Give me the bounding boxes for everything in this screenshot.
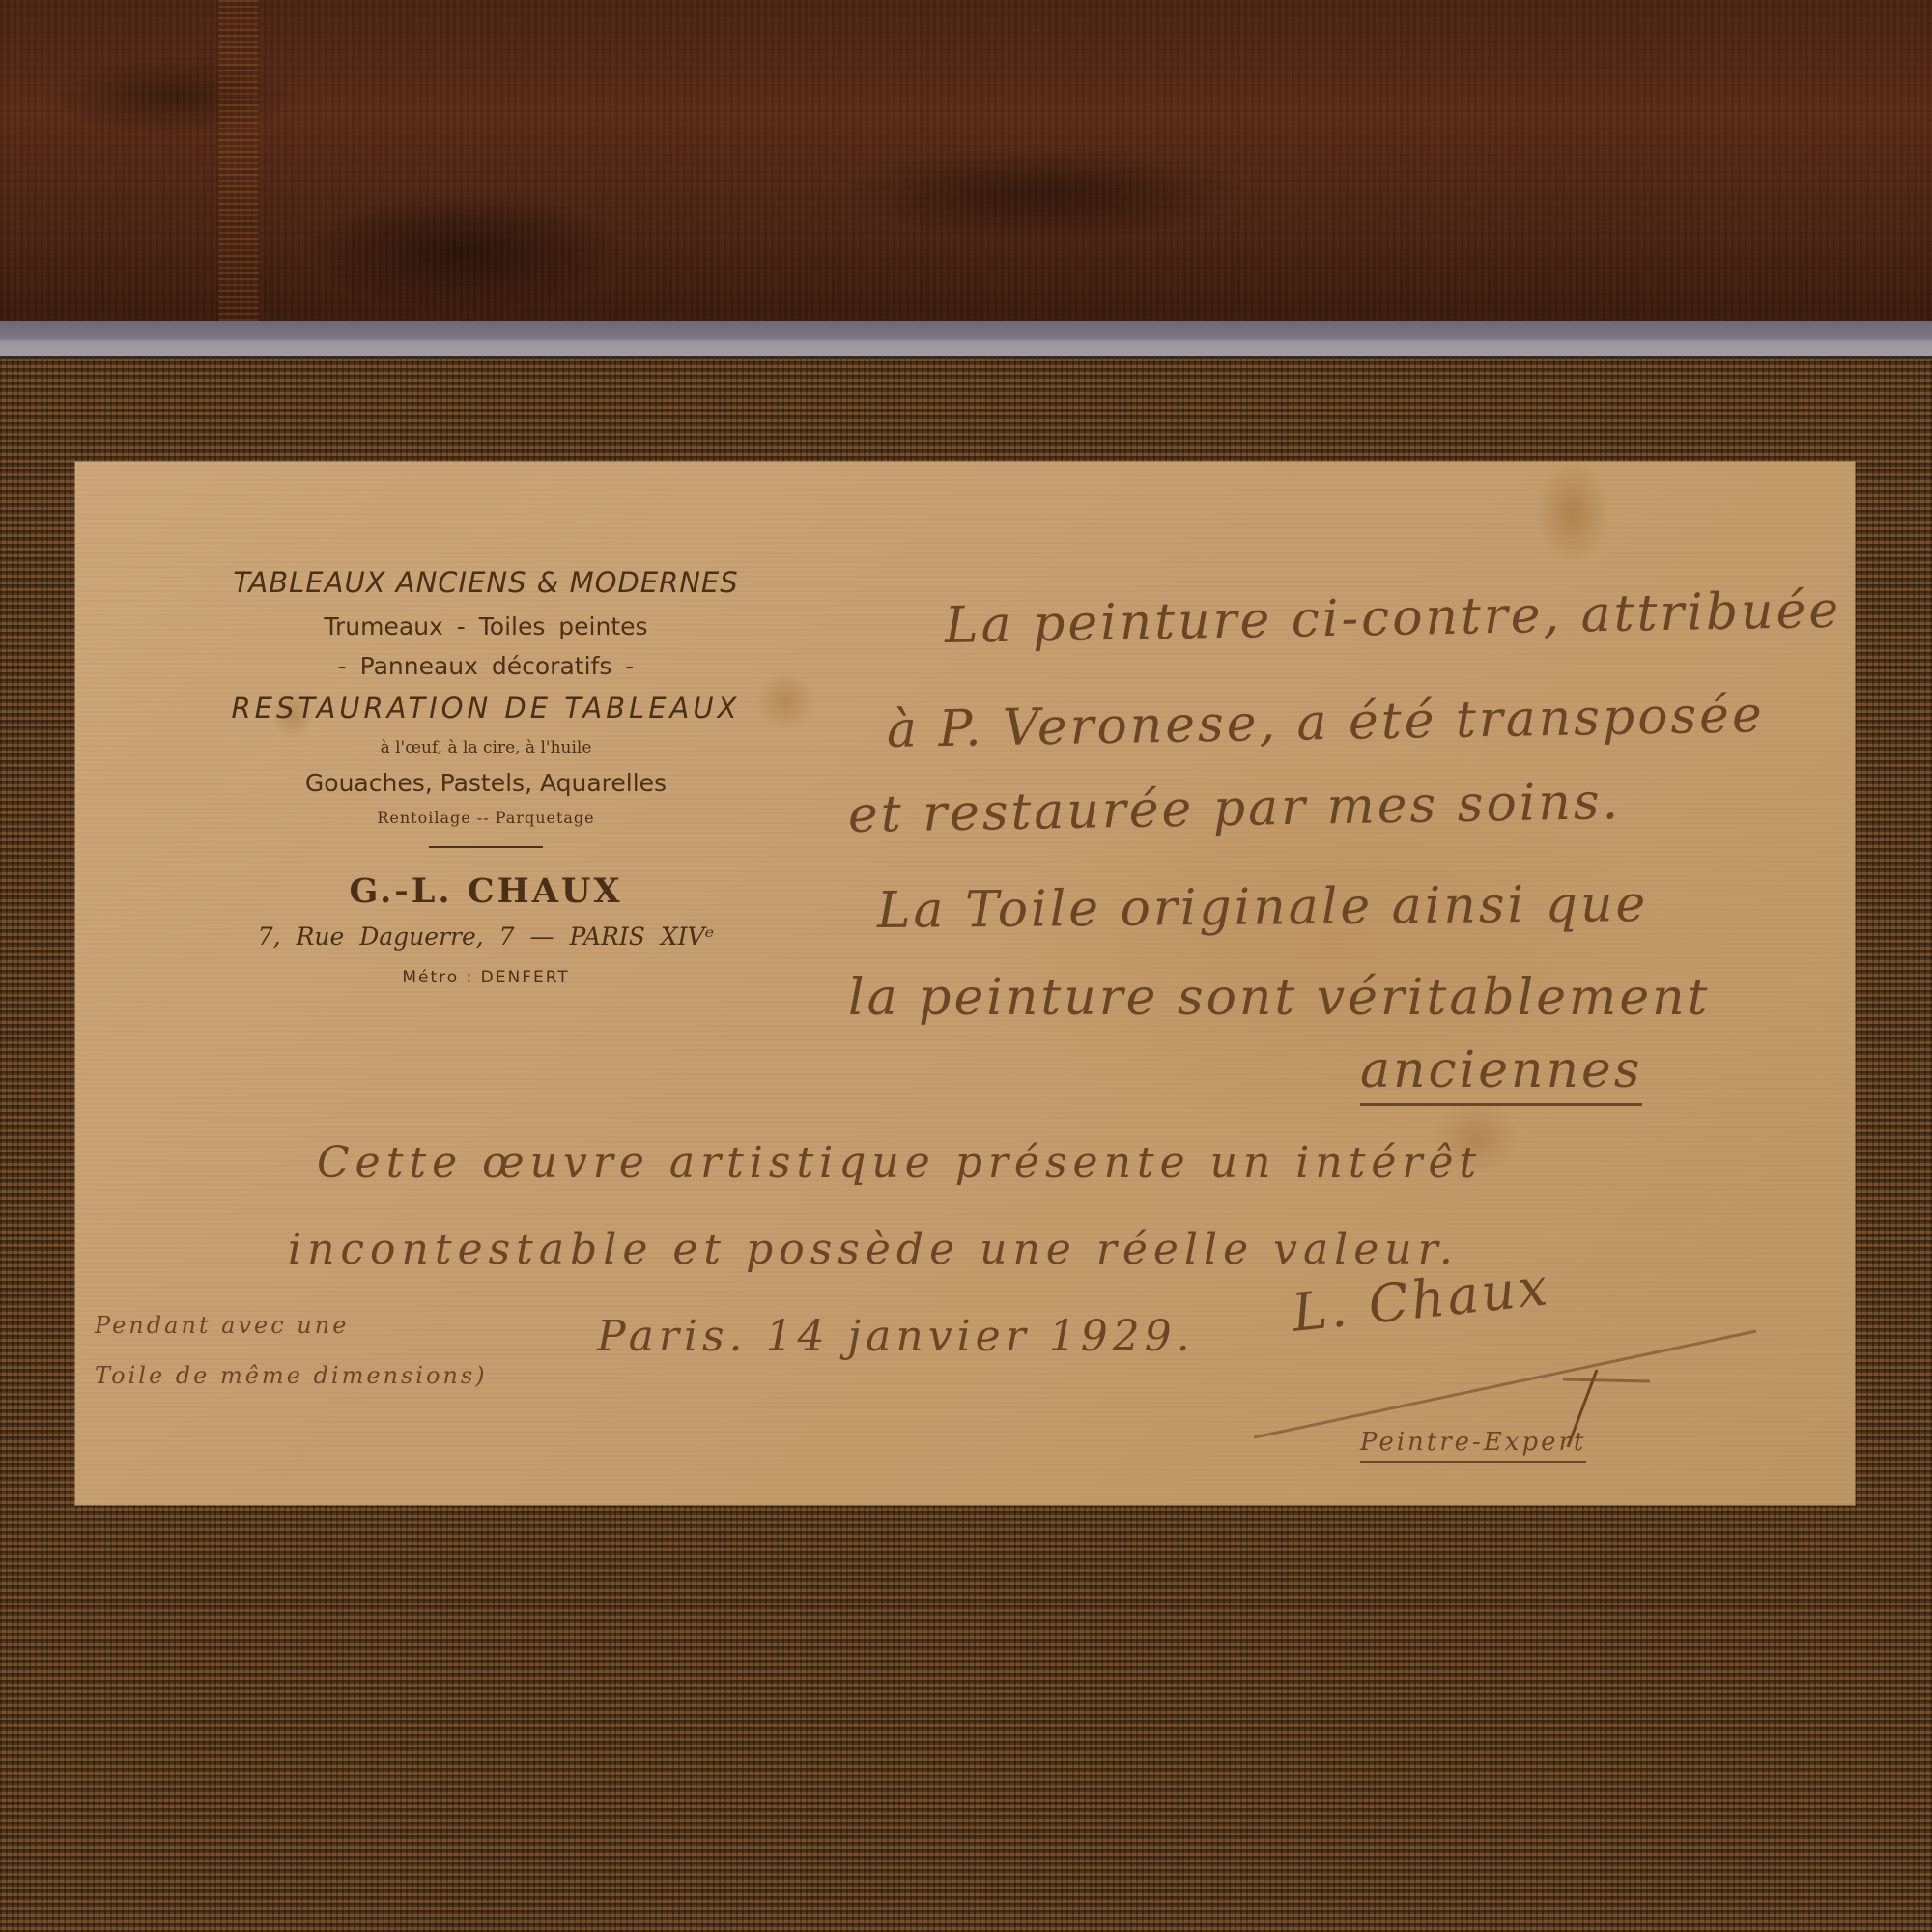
letterhead-divider [429,846,543,848]
handwritten-line-8: incontestable et possède une réelle vale… [288,1225,1459,1274]
handwritten-title: Peintre-Expert [1360,1428,1586,1463]
letterhead-name: G.-L. CHAUX [172,871,800,911]
letterhead-techniques: à l'œuf, à la cire, à l'huile [172,738,800,757]
signature-flourish-icon [1235,1312,1795,1447]
letterhead-line-trumeaux: Trumeaux - Toiles peintes [172,612,800,640]
margin-note-line-2: Toile de même dimensions) [95,1362,488,1389]
letterhead-line-panneaux: - Panneaux décoratifs - [172,652,800,680]
stretcher-bar [0,321,1932,359]
certificate-card: TABLEAUX ANCIENS & MODERNES Trumeaux - T… [75,462,1855,1505]
letterhead-address: 7, Rue Daguerre, 7 — PARIS XIVᵉ [172,923,800,951]
handwritten-line-4: La Toile originale ainsi que [877,875,1649,940]
handwritten-line-2: à P. Veronese, a été transposée [886,686,1765,759]
letterhead-media: Gouaches, Pastels, Aquarelles [172,769,800,797]
handwritten-date: Paris. 14 janvier 1929. [597,1312,1195,1361]
letterhead-services: Rentoilage -- Parquetage [172,809,800,827]
handwritten-line-7: Cette œuvre artistique présente un intér… [317,1138,1482,1187]
letterhead-metro: Métro : DENFERT [172,968,800,987]
handwritten-line-1: La peinture ci-contre, attribuée [944,582,1841,655]
wooden-frame-edge [0,0,1932,321]
photo-scene: TABLEAUX ANCIENS & MODERNES Trumeaux - T… [0,0,1932,1932]
handwritten-line-5: la peinture sont véritablement [848,969,1711,1027]
letterhead-title: TABLEAUX ANCIENS & MODERNES [172,566,800,599]
handwritten-line-3: et restaurée par mes soins. [847,773,1621,844]
letterhead-restoration: RESTAURATION DE TABLEAUX [172,692,800,724]
handwritten-line-6: anciennes [1360,1041,1642,1106]
printed-letterhead: TABLEAUX ANCIENS & MODERNES Trumeaux - T… [172,566,800,987]
margin-note-line-1: Pendant avec une [95,1312,349,1339]
